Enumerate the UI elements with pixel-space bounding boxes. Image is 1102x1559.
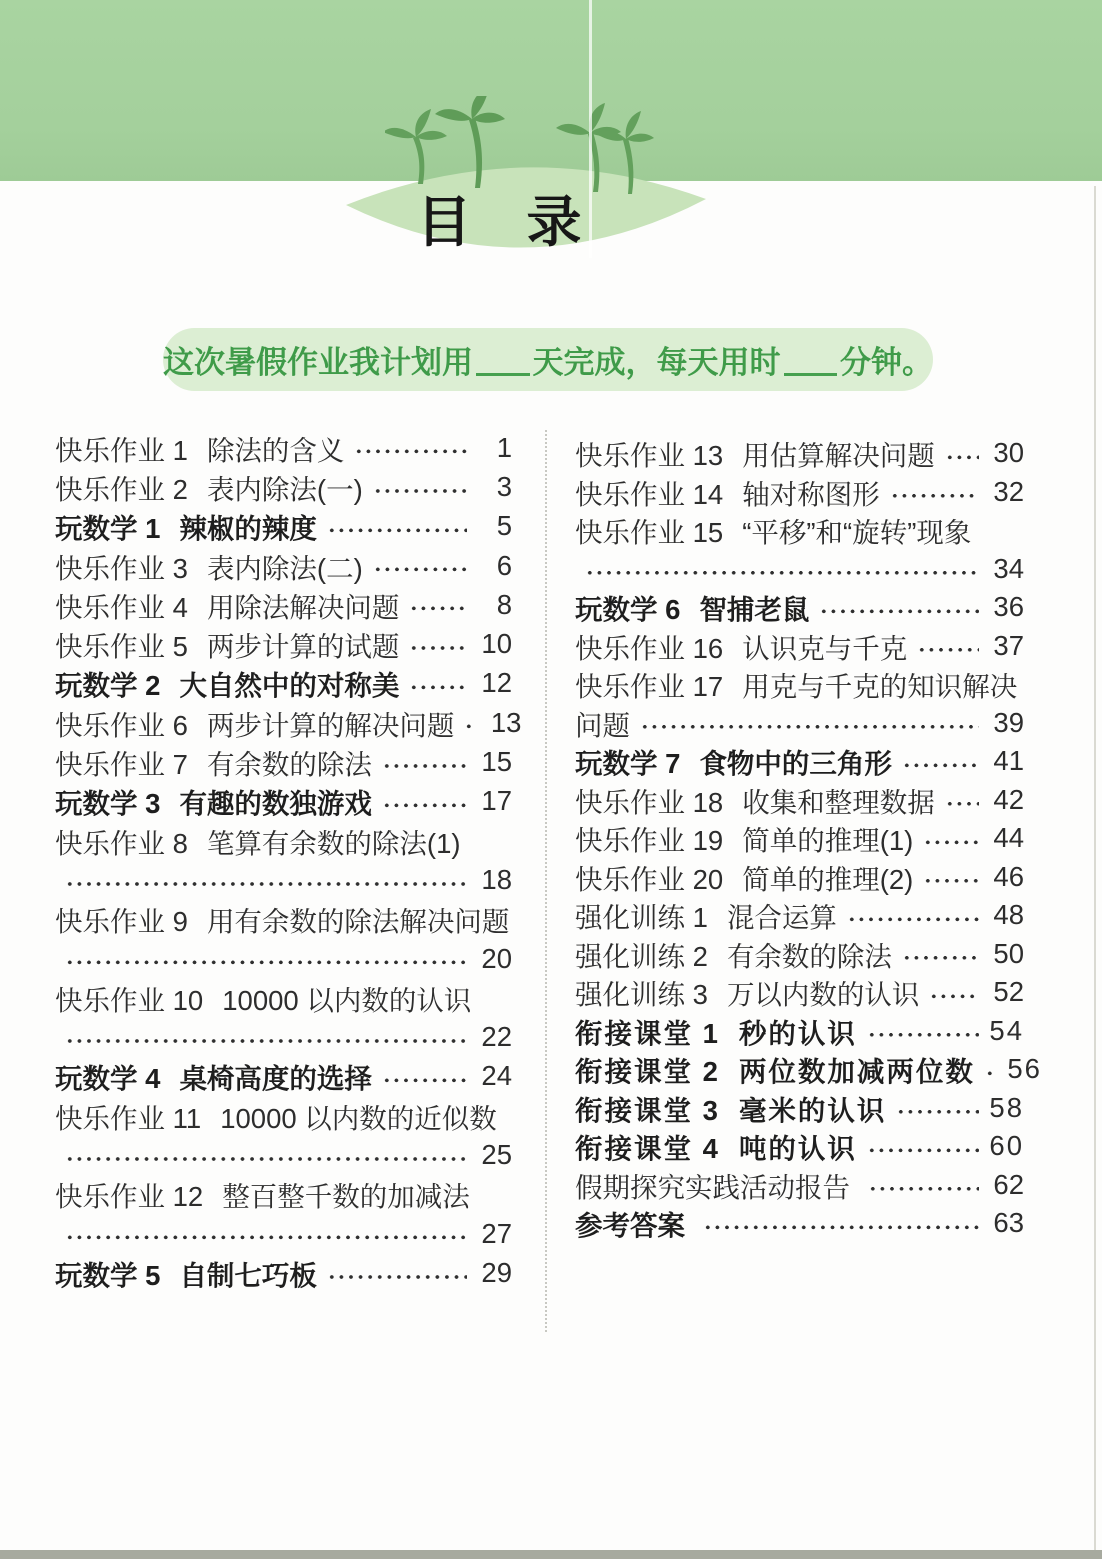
- toc-entry-label: 玩数学 6: [575, 587, 680, 627]
- toc-entry: 快乐作业 4用除法解决问题8: [55, 585, 512, 624]
- palm-sprouts-icon: [385, 96, 685, 198]
- toc-entry-line2: 问题39: [575, 704, 1024, 743]
- toc-entry-line1: 快乐作业 8笔算有余数的除法(1): [55, 821, 512, 860]
- toc-entry-label: 快乐作业 1: [55, 428, 188, 468]
- toc-entry-title: 笔算有余数的除法(1): [207, 821, 461, 861]
- toc-entry-title: 用有余数的除法解决问题: [207, 899, 510, 939]
- dot-leader: [703, 1204, 979, 1243]
- toc-entry: 快乐作业 16认识克与千克37: [575, 627, 1024, 666]
- toc-entry-line1: 快乐作业 9用有余数的除法解决问题: [55, 900, 512, 939]
- dot-leader: [985, 1050, 997, 1089]
- plan-text-part1: 这次暑假作业我计划用: [163, 337, 473, 382]
- scan-bottom-edge: [0, 1550, 1102, 1559]
- toc-entry-title: 简单的推理(2): [742, 857, 913, 897]
- toc-entry-label: 快乐作业 16: [575, 626, 723, 666]
- scan-right-edge: [1094, 186, 1096, 1550]
- toc-entry-label: 快乐作业 5: [55, 624, 188, 664]
- toc-entry-title: 表内除法(二): [207, 546, 363, 586]
- toc-column-left: 快乐作业 1除法的含义1快乐作业 2表内除法(一)3玩数学 1辣椒的辣度5快乐作…: [55, 428, 512, 1293]
- toc-entry-page: 18: [475, 864, 512, 896]
- toc-entry-line1: 快乐作业 1110000 以内数的近似数: [55, 1096, 512, 1135]
- toc-entry-label: 参考答案: [575, 1203, 685, 1243]
- toc-entry: 强化训练 3万以内数的认识52: [575, 973, 1024, 1012]
- toc-entry: 衔接课堂 4吨的认识60: [575, 1127, 1024, 1166]
- plan-blank-days: [476, 343, 530, 376]
- dot-leader: [902, 742, 979, 781]
- dot-leader: [917, 627, 979, 666]
- toc-entry-title: 表内除法(一): [207, 467, 363, 507]
- dot-leader: [640, 704, 979, 743]
- toc-entry-label: 快乐作业 19: [575, 818, 723, 858]
- toc-entry-page: 17: [475, 785, 512, 817]
- toc-entry-page: 24: [475, 1060, 512, 1092]
- toc-entry-title: 整百整千数的加减法: [222, 1174, 470, 1214]
- toc-entry-title: 混合运算: [727, 895, 837, 935]
- plan-text-part3: 分钟。: [840, 337, 933, 382]
- toc-entry-title: 用除法解决问题: [207, 585, 400, 625]
- toc-entry: 强化训练 2有余数的除法50: [575, 935, 1024, 974]
- toc-entry-title: 毫米的认识: [739, 1088, 887, 1128]
- toc-entry-page: 56: [1005, 1053, 1042, 1085]
- toc-entry: 玩数学 4桌椅高度的选择24: [55, 1057, 512, 1096]
- toc-entry-title: 智捕老鼠: [699, 587, 809, 627]
- toc-entry-label: 衔接课堂 4: [575, 1126, 720, 1166]
- toc-entry-label: 玩数学 5: [55, 1253, 160, 1293]
- toc-entry: 玩数学 6智捕老鼠36: [575, 588, 1024, 627]
- toc-entry: 玩数学 3有趣的数独游戏17: [55, 782, 512, 821]
- toc-entry-page: 27: [475, 1218, 512, 1250]
- toc-entry-line2: 20: [55, 939, 512, 978]
- dot-leader: [65, 1214, 467, 1253]
- dot-leader: [464, 703, 476, 742]
- toc-entry-label: 快乐作业 12: [55, 1174, 203, 1214]
- toc-entry-page: 12: [475, 667, 512, 699]
- toc-entry-page: 10: [475, 628, 512, 660]
- toc-entry: 快乐作业 3表内除法(二)6: [55, 546, 512, 585]
- toc-page: 目 录 这次暑假作业我计划用天完成，每天用时分钟。 快乐作业 1除法的含义1快乐…: [0, 0, 1102, 1559]
- toc-entry-label: 衔接课堂 3: [575, 1088, 720, 1128]
- dot-leader: [819, 588, 979, 627]
- toc-entry-title: 自制七巧板: [179, 1253, 317, 1293]
- toc-entry: 快乐作业 18收集和整理数据42: [575, 781, 1024, 820]
- toc-entry-label: 快乐作业 14: [575, 472, 723, 512]
- dot-leader: [65, 860, 467, 899]
- toc-entry: 快乐作业 5两步计算的试题10: [55, 624, 512, 663]
- toc-entry-title: 认识克与千克: [742, 626, 907, 666]
- dot-leader: [409, 585, 467, 624]
- toc-entry-label: 快乐作业 7: [55, 742, 188, 782]
- dot-leader: [868, 1166, 979, 1205]
- toc-entry: 快乐作业 1除法的含义1: [55, 428, 512, 467]
- toc-entry-title: 用克与千克的知识解决: [742, 664, 1017, 704]
- toc-entry-page: 62: [987, 1169, 1024, 1201]
- toc-entry: 衔接课堂 3毫米的认识58: [575, 1089, 1024, 1128]
- dot-leader: [382, 742, 467, 781]
- dot-leader: [327, 1253, 467, 1292]
- toc-entry-label: 快乐作业 8: [55, 821, 188, 861]
- toc-entry-title: 有趣的数独游戏: [179, 781, 372, 821]
- toc-entry: 参考答案63: [575, 1204, 1024, 1243]
- toc-entry-page: 22: [475, 1021, 512, 1053]
- toc-entry-page: 37: [987, 630, 1024, 662]
- toc-entry-label: 强化训练 2: [575, 934, 708, 974]
- toc-entry-label: 玩数学 4: [55, 1056, 160, 1096]
- toc-entry-title: 辣椒的辣度: [179, 506, 317, 546]
- toc-entry: 快乐作业 7有余数的除法15: [55, 742, 512, 781]
- dot-leader: [409, 624, 467, 663]
- toc-entry-page: 39: [987, 707, 1024, 739]
- dot-leader: [65, 1135, 467, 1174]
- toc-entry-title: “平移”和“旋转”现象: [742, 510, 971, 550]
- toc-entry-label: 快乐作业 4: [55, 585, 188, 625]
- toc-entry-title: 秒的认识: [739, 1011, 857, 1051]
- dot-leader: [867, 1012, 979, 1051]
- toc-entry-page: 6: [475, 550, 512, 582]
- toc-column-right: 快乐作业 13用估算解决问题30快乐作业 14轴对称图形32快乐作业 15“平移…: [575, 434, 1024, 1243]
- dot-leader: [896, 1089, 979, 1128]
- toc-entry-title: 万以内数的认识: [727, 972, 920, 1012]
- page-title: 目 录: [0, 194, 1024, 250]
- toc-entry: 衔接课堂 2两位数加减两位数56: [575, 1050, 1024, 1089]
- plan-text-part2: 天完成，每天用时: [533, 337, 781, 382]
- toc-entry-title: 10000 以内数的认识: [222, 978, 471, 1018]
- toc-entry-page: 20: [475, 943, 512, 975]
- toc-entry: 玩数学 7食物中的三角形41: [575, 742, 1024, 781]
- dot-leader: [409, 664, 467, 703]
- toc-entry-line2: 25: [55, 1135, 512, 1174]
- toc-entry-title: 10000 以内数的近似数: [220, 1096, 497, 1136]
- toc-entry-label: 快乐作业 18: [575, 780, 723, 820]
- toc-entry-page: 34: [987, 553, 1024, 585]
- dot-leader: [929, 973, 979, 1012]
- toc-entry-title: 用估算解决问题: [742, 433, 935, 473]
- toc-entry-page: 1: [475, 432, 512, 464]
- toc-entry-title: 两步计算的解决问题: [207, 703, 455, 743]
- toc-entry-page: 60: [987, 1130, 1024, 1162]
- toc-entry-line2: 27: [55, 1214, 512, 1253]
- dot-leader: [847, 896, 979, 935]
- toc-entry-carry: 问题: [575, 703, 630, 743]
- toc-entry-page: 13: [484, 707, 521, 739]
- toc-entry-title: 桌椅高度的选择: [179, 1056, 372, 1096]
- toc-entry-label: 玩数学 1: [55, 506, 160, 546]
- toc-entry-page: 29: [475, 1257, 512, 1289]
- toc-entry-line1: 快乐作业 12整百整千数的加减法: [55, 1175, 512, 1214]
- toc-entry-label: 玩数学 3: [55, 781, 160, 821]
- toc-entry-title: 吨的认识: [739, 1126, 857, 1166]
- toc-entry-page: 5: [475, 510, 512, 542]
- toc-entry-label: 快乐作业 2: [55, 467, 188, 507]
- toc-entry-label: 快乐作业 9: [55, 899, 188, 939]
- plan-blank-minutes: [784, 343, 838, 376]
- dot-leader: [373, 467, 467, 506]
- toc-entry: 衔接课堂 1秒的认识54: [575, 1012, 1024, 1051]
- toc-entry-label: 玩数学 2: [55, 663, 160, 703]
- toc-entry: 玩数学 1辣椒的辣度5: [55, 507, 512, 546]
- toc-entry-title: 两位数加减两位数: [739, 1049, 975, 1089]
- toc-entry-label: 快乐作业 10: [55, 978, 203, 1018]
- toc-entry: 快乐作业 2表内除法(一)3: [55, 467, 512, 506]
- toc-entry-page: 3: [475, 471, 512, 503]
- toc-entry: 玩数学 5自制七巧板29: [55, 1253, 512, 1292]
- toc-entry-page: 52: [987, 976, 1024, 1008]
- toc-entry-label: 快乐作业 17: [575, 664, 723, 704]
- toc-entry-page: 44: [987, 822, 1024, 854]
- toc-entry-page: 54: [987, 1015, 1024, 1047]
- toc-entry-label: 强化训练 3: [575, 972, 708, 1012]
- toc-entry-title: 大自然中的对称美: [179, 663, 399, 703]
- toc-entry: 快乐作业 6两步计算的解决问题13: [55, 703, 512, 742]
- toc-entry-page: 41: [987, 745, 1024, 777]
- toc-entry-title: 食物中的三角形: [699, 741, 892, 781]
- toc-entry-page: 30: [987, 437, 1024, 469]
- toc-entry-page: 42: [987, 784, 1024, 816]
- toc-entry-label: 强化训练 1: [575, 895, 708, 935]
- dot-leader: [373, 546, 467, 585]
- toc-entry-page: 48: [987, 899, 1024, 931]
- toc-entry: 假期探究实践活动报告62: [575, 1166, 1024, 1205]
- dot-leader: [945, 434, 979, 473]
- toc-entry-label: 快乐作业 20: [575, 857, 723, 897]
- toc-entry-page: 36: [987, 591, 1024, 623]
- toc-entry-label: 快乐作业 11: [55, 1096, 201, 1136]
- toc-entry-page: 50: [987, 938, 1024, 970]
- toc-entry-title: 两步计算的试题: [207, 624, 400, 664]
- dot-leader: [327, 507, 467, 546]
- toc-entry-line1: 快乐作业 17用克与千克的知识解决: [575, 665, 1024, 704]
- dot-leader: [65, 939, 467, 978]
- toc-entry-label: 快乐作业 3: [55, 546, 188, 586]
- toc-entry-page: 58: [987, 1092, 1024, 1124]
- dot-leader: [65, 1017, 467, 1056]
- toc-entry-page: 25: [475, 1139, 512, 1171]
- toc-entry: 快乐作业 14轴对称图形32: [575, 473, 1024, 512]
- toc-entry-title: 轴对称图形: [742, 472, 880, 512]
- dot-leader: [382, 1057, 467, 1096]
- dot-leader: [923, 819, 979, 858]
- toc-entry-line1: 快乐作业 1010000 以内数的认识: [55, 978, 512, 1017]
- toc-entry-title: 收集和整理数据: [742, 780, 935, 820]
- toc-entry-label: 玩数学 7: [575, 741, 680, 781]
- toc-entry-title: 有余数的除法: [207, 742, 372, 782]
- toc-entry: 快乐作业 13用估算解决问题30: [575, 434, 1024, 473]
- plan-sentence-pill: 这次暑假作业我计划用天完成，每天用时分钟。: [163, 328, 933, 391]
- toc-entry: 玩数学 2大自然中的对称美12: [55, 664, 512, 703]
- toc-entry-page: 46: [987, 861, 1024, 893]
- toc-entry-line2: 34: [575, 550, 1024, 589]
- toc-entry-label: 快乐作业 15: [575, 510, 723, 550]
- column-divider: [545, 430, 547, 1332]
- dot-leader: [585, 550, 979, 589]
- toc-entry-page: 32: [987, 476, 1024, 508]
- toc-entry-title: 除法的含义: [207, 428, 345, 468]
- toc-entry-line2: 18: [55, 860, 512, 899]
- dot-leader: [867, 1127, 979, 1166]
- toc-entry-label: 假期探究实践活动报告: [575, 1165, 850, 1205]
- toc-entry: 强化训练 1混合运算48: [575, 896, 1024, 935]
- toc-entry-label: 衔接课堂 1: [575, 1011, 720, 1051]
- toc-entry-label: 快乐作业 13: [575, 433, 723, 473]
- dot-leader: [923, 858, 979, 897]
- toc-entry-line1: 快乐作业 15“平移”和“旋转”现象: [575, 511, 1024, 550]
- dot-leader: [945, 781, 979, 820]
- toc-entry-page: 63: [987, 1207, 1024, 1239]
- dot-leader: [902, 935, 979, 974]
- dot-leader: [890, 473, 979, 512]
- toc-entry: 快乐作业 19简单的推理(1)44: [575, 819, 1024, 858]
- toc-entry-label: 衔接课堂 2: [575, 1049, 720, 1089]
- toc-entry-page: 8: [475, 589, 512, 621]
- toc-entry: 快乐作业 20简单的推理(2)46: [575, 858, 1024, 897]
- toc-entry-line2: 22: [55, 1017, 512, 1056]
- toc-entry-title: 简单的推理(1): [742, 818, 913, 858]
- toc-entry-title: 有余数的除法: [727, 934, 892, 974]
- toc-entry-label: 快乐作业 6: [55, 703, 188, 743]
- dot-leader: [354, 428, 467, 467]
- dot-leader: [382, 782, 467, 821]
- toc-entry-page: 15: [475, 746, 512, 778]
